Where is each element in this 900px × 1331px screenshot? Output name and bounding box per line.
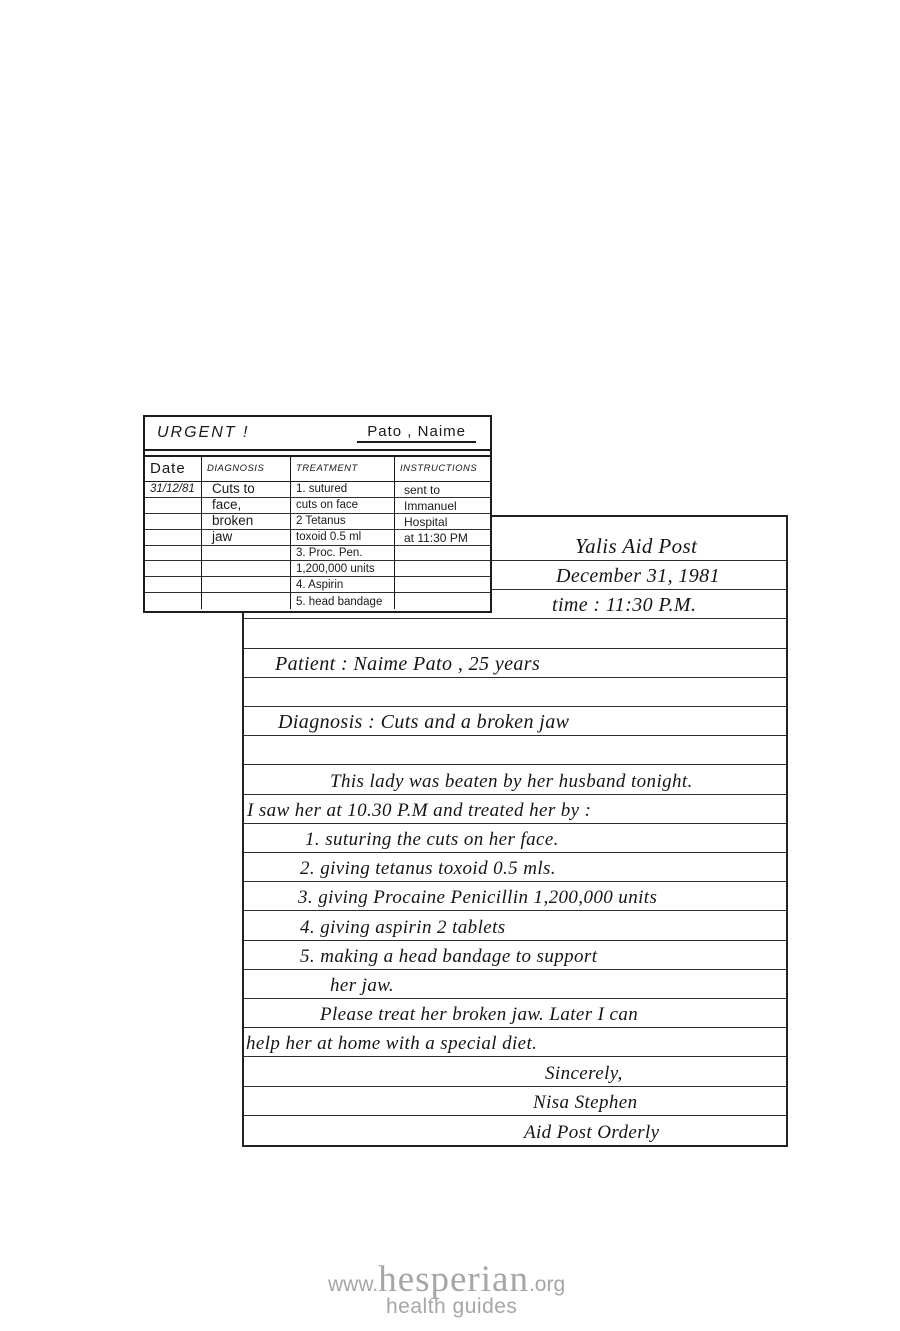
- cell-treatment: 3. Proc. Pen.: [291, 546, 395, 562]
- cell-diagnosis: [202, 577, 291, 593]
- cell-instructions: [395, 593, 490, 609]
- letter-line-diagnosis: Diagnosis : Cuts and a broken jaw: [244, 707, 786, 736]
- cell-date: [145, 514, 202, 530]
- letter-line-treatment-3: 3. giving Procaine Penicillin 1,200,000 …: [244, 882, 786, 911]
- cell-date: [145, 593, 202, 609]
- cell-treatment: toxoid 0.5 ml: [291, 530, 395, 546]
- cell-diagnosis: [202, 561, 291, 577]
- cell-date: 31/12/81: [145, 482, 202, 498]
- patient-record-card: URGENT ! Pato , Naime Date Diagnosis Tre…: [143, 415, 492, 613]
- cell-treatment: 1. sutured: [291, 482, 395, 498]
- cell-date: [145, 546, 202, 562]
- cell-diagnosis: face,: [202, 498, 291, 514]
- cell-instructions: [395, 561, 490, 577]
- cell-instructions: at 11:30 PM: [395, 530, 490, 546]
- patient-name: Pato , Naime: [357, 423, 476, 443]
- cell-instructions: Hospital: [395, 514, 490, 530]
- cell-date: [145, 530, 202, 546]
- page: Yalis Aid Post December 31, 1981 time : …: [0, 0, 900, 1331]
- letter-line-blank: [244, 736, 786, 765]
- cell-treatment: 2 Tetanus: [291, 514, 395, 530]
- letter-line-treatment-1: 1. suturing the cuts on her face.: [244, 824, 786, 853]
- watermark-www: www.: [328, 1273, 378, 1297]
- record-card-header: URGENT ! Pato , Naime: [145, 417, 490, 451]
- cell-instructions: [395, 546, 490, 562]
- cell-diagnosis: broken: [202, 514, 291, 530]
- cell-date: [145, 577, 202, 593]
- column-header-treatment: Treatment: [291, 457, 395, 482]
- column-header-instructions: Instructions: [395, 457, 490, 482]
- cell-treatment: 4. Aspirin: [291, 577, 395, 593]
- cell-treatment: 1,200,000 units: [291, 561, 395, 577]
- column-header-diagnosis: Diagnosis: [202, 457, 291, 482]
- letter-line-treatment-2: 2. giving tetanus toxoid 0.5 mls.: [244, 853, 786, 882]
- letter-line-treatment-4: 4. giving aspirin 2 tablets: [244, 911, 786, 940]
- hesperian-watermark: www. hesperian .org health guides: [328, 1258, 565, 1319]
- cell-diagnosis: jaw: [202, 530, 291, 546]
- urgent-label: URGENT !: [157, 424, 249, 442]
- cell-instructions: sent to: [395, 482, 490, 498]
- letter-line-patient: Patient : Naime Pato , 25 years: [244, 649, 786, 678]
- letter-line-request: help her at home with a special diet.: [244, 1028, 786, 1057]
- letter-line-blank: [244, 678, 786, 707]
- letter-line-blank: [244, 619, 786, 648]
- cell-date: [145, 498, 202, 514]
- cell-instructions: Immanuel: [395, 498, 490, 514]
- watermark-org: .org: [529, 1273, 565, 1297]
- cell-treatment: 5. head bandage: [291, 593, 395, 609]
- letter-line-request: Please treat her broken jaw. Later I can: [244, 999, 786, 1028]
- record-card-table: Date Diagnosis Treatment Instructions 31…: [145, 455, 490, 609]
- cell-diagnosis: [202, 593, 291, 609]
- letter-line-body: I saw her at 10.30 P.M and treated her b…: [244, 795, 786, 824]
- letter-line-signer-title: Aid Post Orderly: [244, 1116, 786, 1145]
- letter-line-closing: Sincerely,: [244, 1057, 786, 1086]
- letter-line-signature: Nisa Stephen: [244, 1087, 786, 1116]
- column-header-date: Date: [145, 457, 202, 482]
- watermark-tagline: health guides: [328, 1295, 565, 1319]
- letter-line-body: This lady was beaten by her husband toni…: [244, 765, 786, 794]
- cell-instructions: [395, 577, 490, 593]
- letter-line-body: her jaw.: [244, 970, 786, 999]
- cell-date: [145, 561, 202, 577]
- cell-diagnosis: Cuts to: [202, 482, 291, 498]
- cell-treatment: cuts on face: [291, 498, 395, 514]
- letter-line-treatment-5: 5. making a head bandage to support: [244, 941, 786, 970]
- cell-diagnosis: [202, 546, 291, 562]
